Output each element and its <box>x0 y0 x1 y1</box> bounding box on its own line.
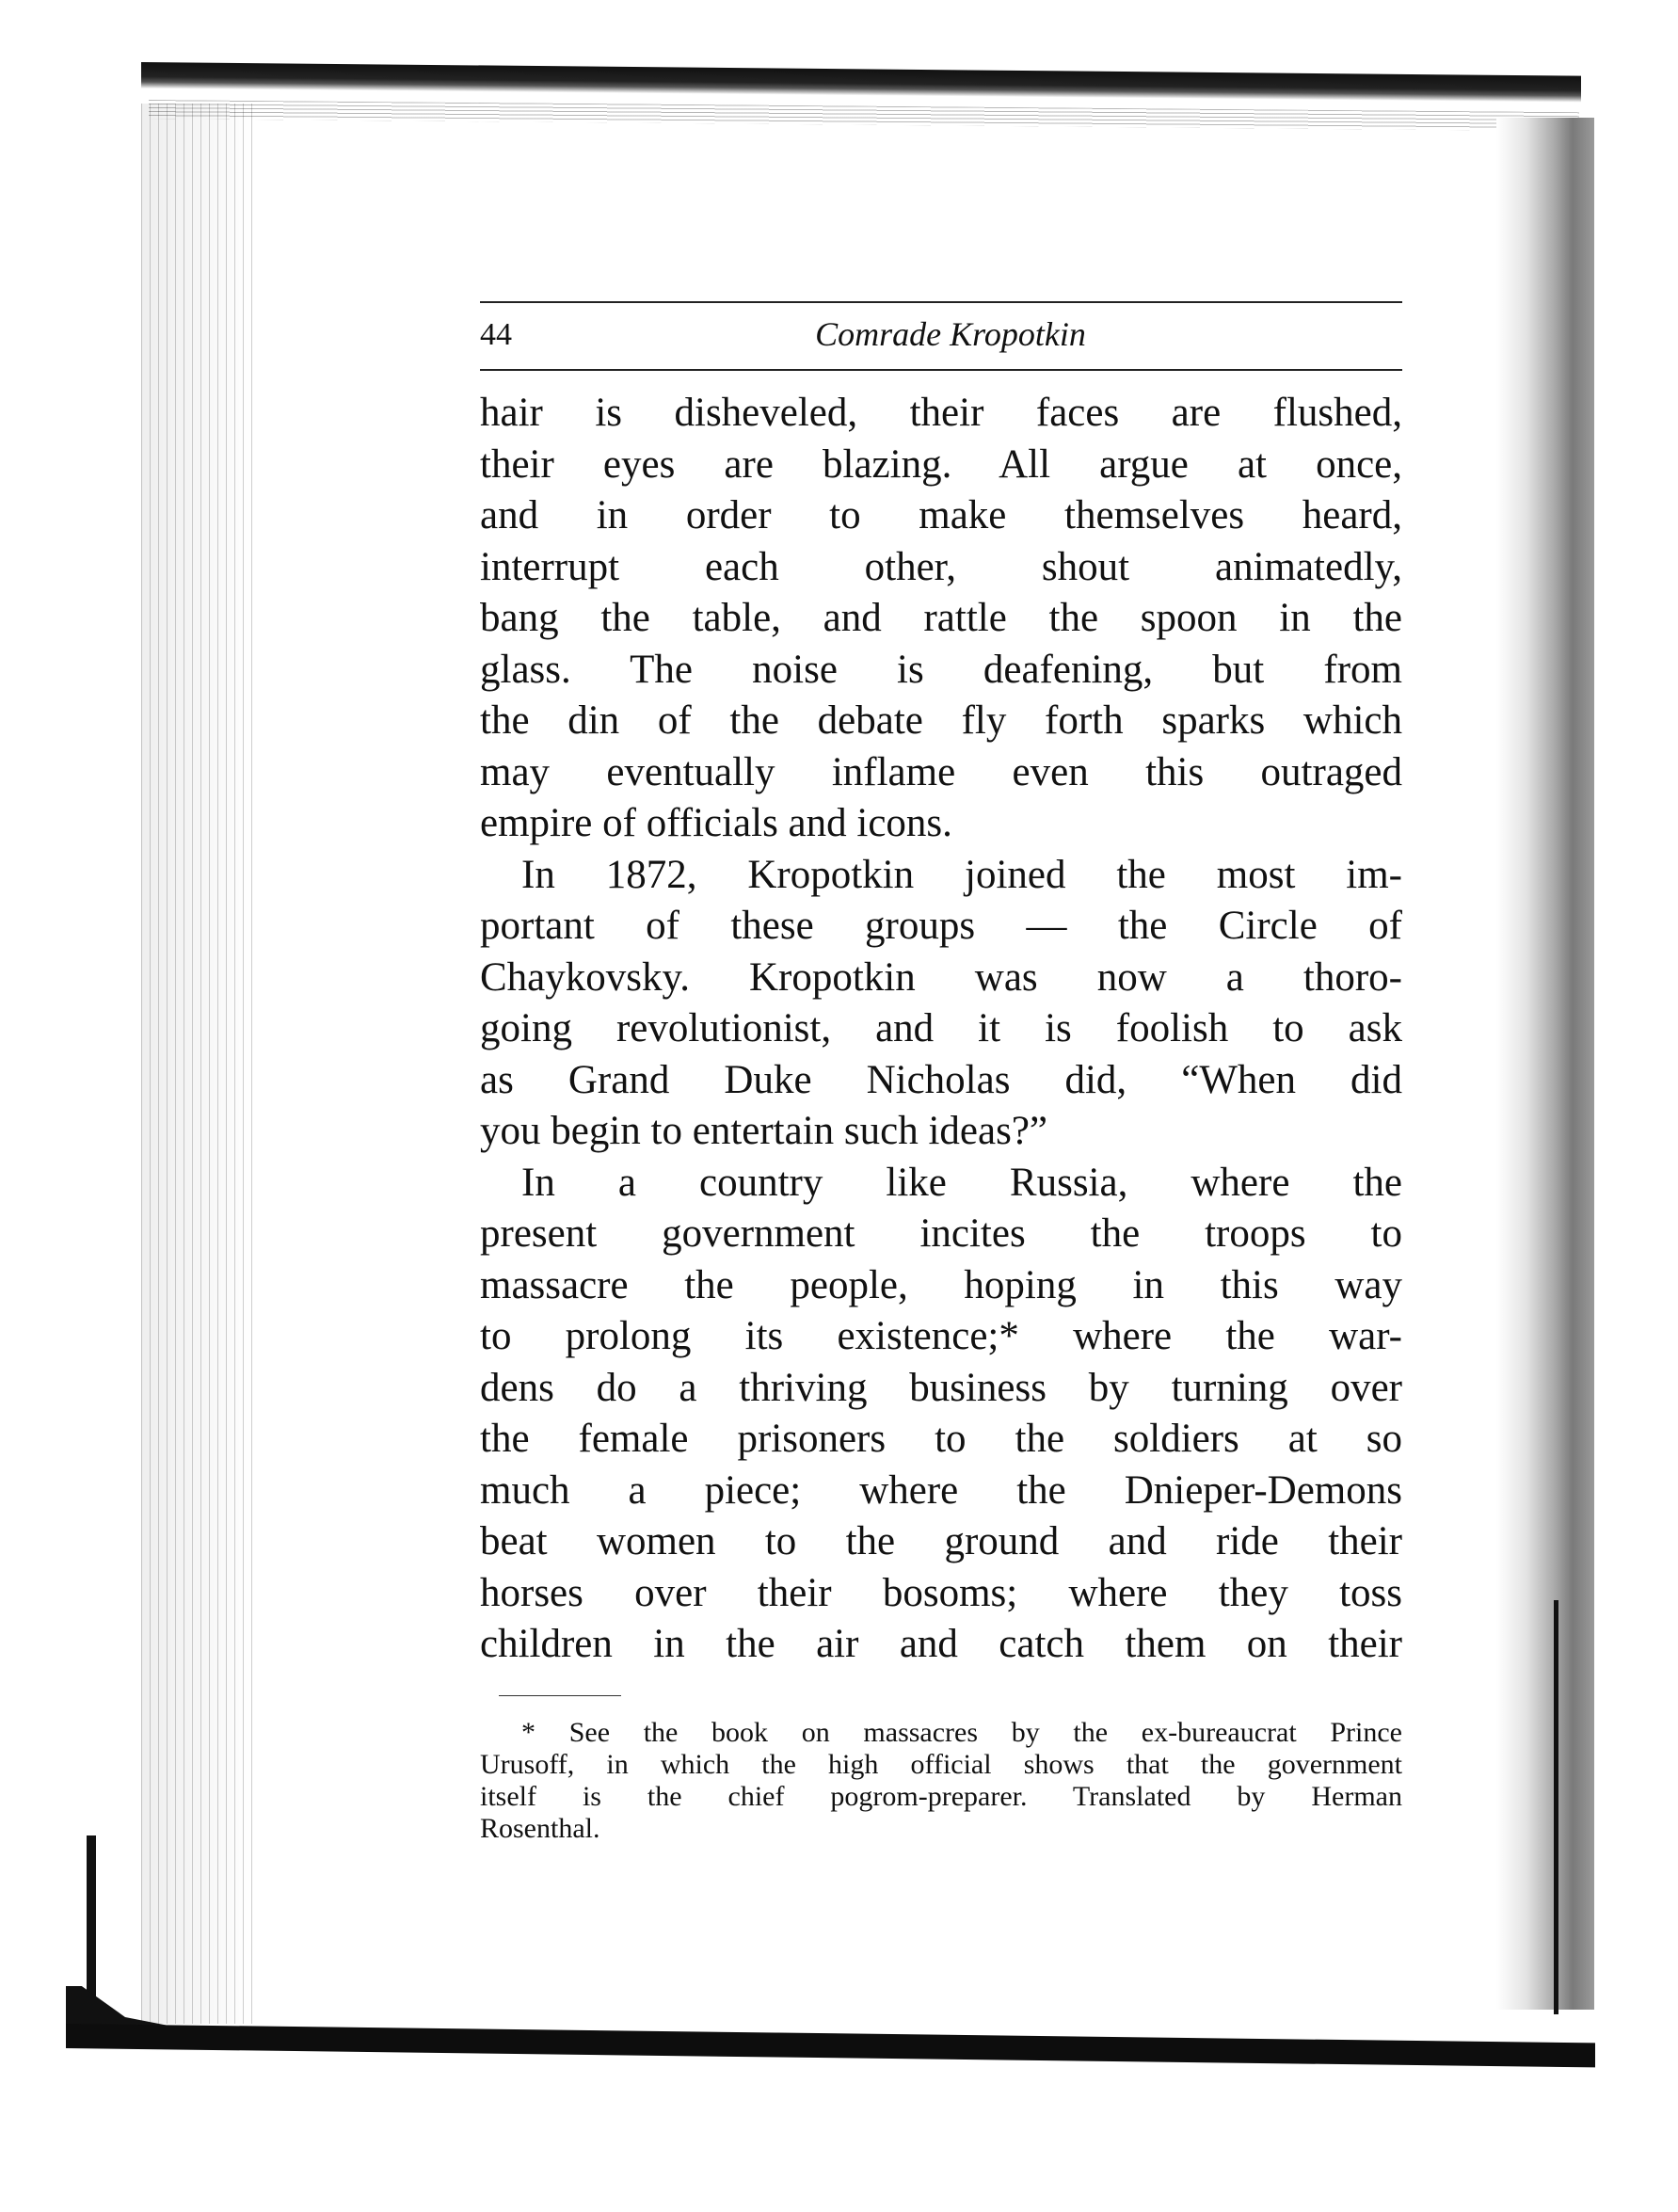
text-line: and in order to make themselves heard, <box>480 490 1402 542</box>
book-bottom-edge <box>66 2024 1595 2067</box>
text-line: horses over their bosoms; where they tos… <box>480 1568 1402 1620</box>
text-line: In 1872, Kropotkin joined the most im- <box>480 850 1402 902</box>
text-line: going revolutionist, and it is foolish t… <box>480 1003 1402 1055</box>
text-line: bang the table, and rattle the spoon in … <box>480 593 1402 645</box>
text-line: massacre the people, hoping in this way <box>480 1260 1402 1312</box>
footnote-line: itself is the chief pogrom-preparer. Tra… <box>480 1781 1402 1813</box>
text-line: empire of officials and icons. <box>480 798 1402 850</box>
book-gutter-shadow <box>1496 118 1594 2010</box>
text-line: beat women to the ground and ride their <box>480 1516 1402 1568</box>
text-line: dens do a thriving business by turning o… <box>480 1363 1402 1415</box>
text-line: hair is disheveled, their faces are flus… <box>480 388 1402 440</box>
text-line: Chaykovsky. Kropotkin was now a thoro- <box>480 953 1402 1004</box>
text-line: their eyes are blazing. All argue at onc… <box>480 440 1402 491</box>
footnote-line: * See the book on massacres by the ex-bu… <box>480 1717 1402 1749</box>
footnote: * See the book on massacres by the ex-bu… <box>480 1717 1402 1845</box>
footnote-line: Rosenthal. <box>480 1813 1402 1845</box>
text-line: glass. The noise is deafening, but from <box>480 645 1402 697</box>
text-line: children in the air and catch them on th… <box>480 1619 1402 1671</box>
footnote-rule <box>499 1695 621 1696</box>
running-title: Comrade Kropotkin <box>480 314 1402 354</box>
text-line: present government incites the troops to <box>480 1209 1402 1260</box>
footnote-line: Urusoff, in which the high official show… <box>480 1749 1402 1781</box>
book-gutter-line <box>1554 1600 1558 2014</box>
text-line: the female prisoners to the soldiers at … <box>480 1414 1402 1466</box>
text-line: In a country like Russia, where the <box>480 1158 1402 1210</box>
book-top-edge <box>141 62 1581 103</box>
text-line: to prolong its existence;* where the war… <box>480 1311 1402 1363</box>
text-line: much a piece; where the Dnieper-Demons <box>480 1466 1402 1517</box>
text-line: portant of these groups — the Circle of <box>480 901 1402 953</box>
text-line: you begin to entertain such ideas?” <box>480 1106 1402 1158</box>
body-text: hair is disheveled, their faces are flus… <box>480 388 1402 1671</box>
text-line: as Grand Duke Nicholas did, “When did <box>480 1055 1402 1107</box>
book-page: 44 Comrade Kropotkin hair is disheveled,… <box>480 301 1402 1845</box>
page-stack-left <box>141 104 254 2024</box>
running-head: 44 Comrade Kropotkin <box>480 301 1402 371</box>
text-line: may eventually inflame even this outrage… <box>480 747 1402 799</box>
text-line: the din of the debate fly forth sparks w… <box>480 696 1402 747</box>
text-line: interrupt each other, shout animatedly, <box>480 542 1402 594</box>
page-stack-top <box>149 100 1579 131</box>
